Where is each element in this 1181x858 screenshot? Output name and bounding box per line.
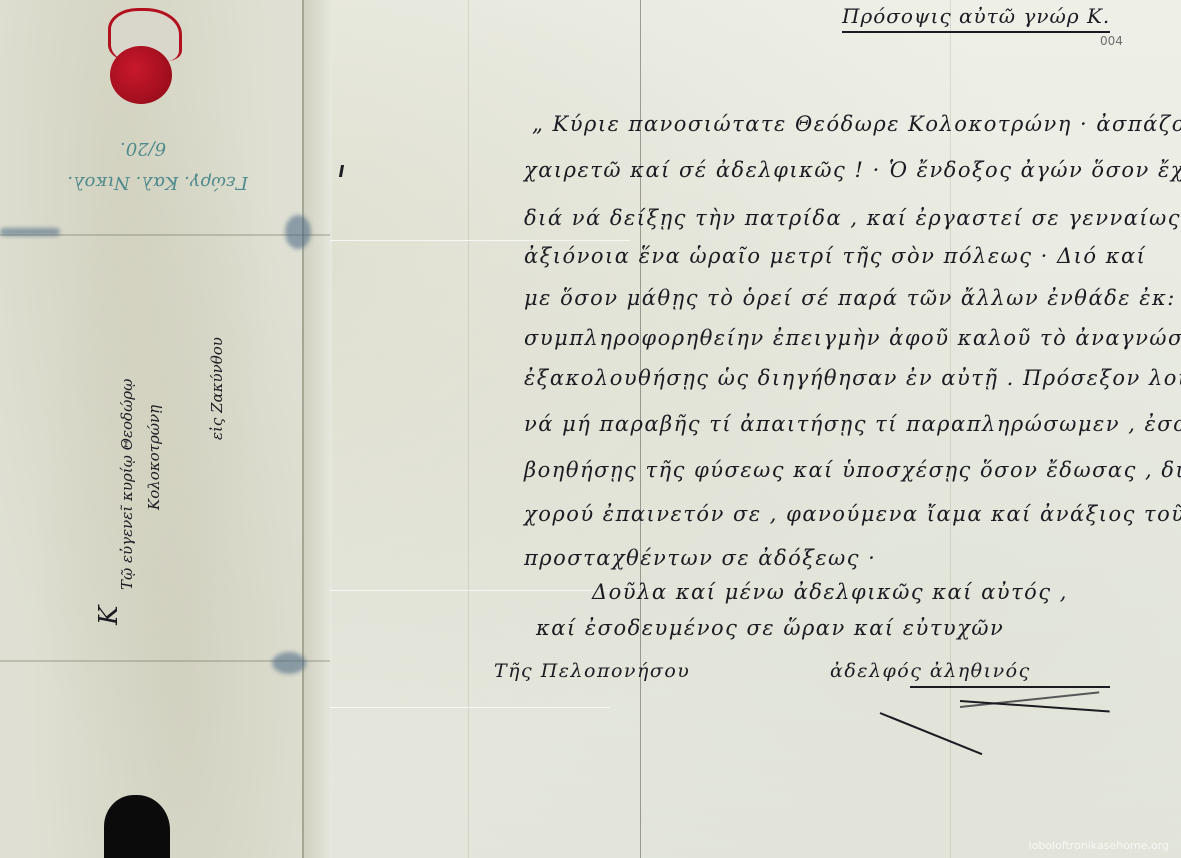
watermark: loboloftronikasehome.org [1029, 839, 1169, 852]
ink-stain [0, 228, 60, 236]
address-line-1: Τῷ εὐγενεῖ κυρίῳ Θεοδώρῳ [118, 379, 136, 590]
letter-line: ἐξακολουθήσῃς ὡς διηγήθησαν ἐν αὐτῇ . Πρ… [524, 366, 1181, 390]
archive-annotation-line-1: 6/20. [120, 138, 166, 159]
letter-line: βοηθήσῃς τῆς φύσεως καί ὑποσχέσῃς ὅσον ἔ… [524, 458, 1181, 482]
paper-hole [104, 795, 170, 858]
crease [330, 240, 630, 241]
fold-line-vertical [302, 0, 304, 858]
letter-signature: ἀδελφός ἀληθινός [830, 660, 1031, 682]
letter-line: „ Κύριε πανοσιώτατε Θεόδωρε Κολοκοτρώνη … [532, 112, 1181, 136]
fold-strip [302, 0, 332, 858]
signature-flourish [910, 686, 1110, 688]
ink-stain [272, 652, 306, 674]
letter-line: με ὅσον μάθῃς τὸ ὁρεί σέ παρά τῶν ἄλλων … [524, 286, 1176, 310]
page-number: 004 [1100, 34, 1123, 48]
crease [330, 707, 610, 708]
letter-header: Πρόσοψις αὐτῶ γνώρ Κ. [842, 4, 1110, 33]
letter-line: Δοῦλα καί μένω ἀδελφικῶς καί αὐτός , [592, 580, 1068, 604]
address-initial: Κ [94, 606, 124, 625]
address-recipient: εἰς Ζακύνθου [208, 337, 226, 440]
letter-line: νά μή παραβῆς τί ἀπαιτήσῃς τί παραπληρώσ… [524, 412, 1181, 436]
archive-annotation-line-2: Γεώργ. Καλ. Νικολ. [0, 172, 248, 193]
address-line-2: Κολοκοτρώνῃ [145, 405, 163, 510]
letter-line: χαιρετῶ καί σέ ἀδελφικῶς ! · Ὁ ἔνδοξος ἀ… [524, 158, 1181, 182]
letter-line: συμπληροφορηθείην ἐπειγμὴν ἀφοῦ καλοῦ τὸ… [524, 326, 1181, 350]
letter-line: καί ἐσοδευμένος σε ὥραν καί εὐτυχῶν [536, 616, 1004, 640]
fold-line-vertical [468, 0, 469, 858]
wax-seal [110, 46, 172, 104]
letter-place-date: Τῆς Πελοπονήσου [494, 660, 690, 682]
letter-line: διά νά δείξῃς τὴν πατρίδα , καί ἐργαστεί… [524, 206, 1181, 230]
letter-line: ἀξιόνοια ἕνα ὡραῖο μετρί τῆς σὸν πόλεως … [524, 244, 1146, 268]
letter-line: χορού ἐπαινετόν σε , φανούμενα ἴαμα καί … [524, 502, 1181, 526]
letter-line: προσταχθέντων σε ἀδόξεως · [524, 546, 876, 570]
ink-stain [285, 215, 311, 249]
